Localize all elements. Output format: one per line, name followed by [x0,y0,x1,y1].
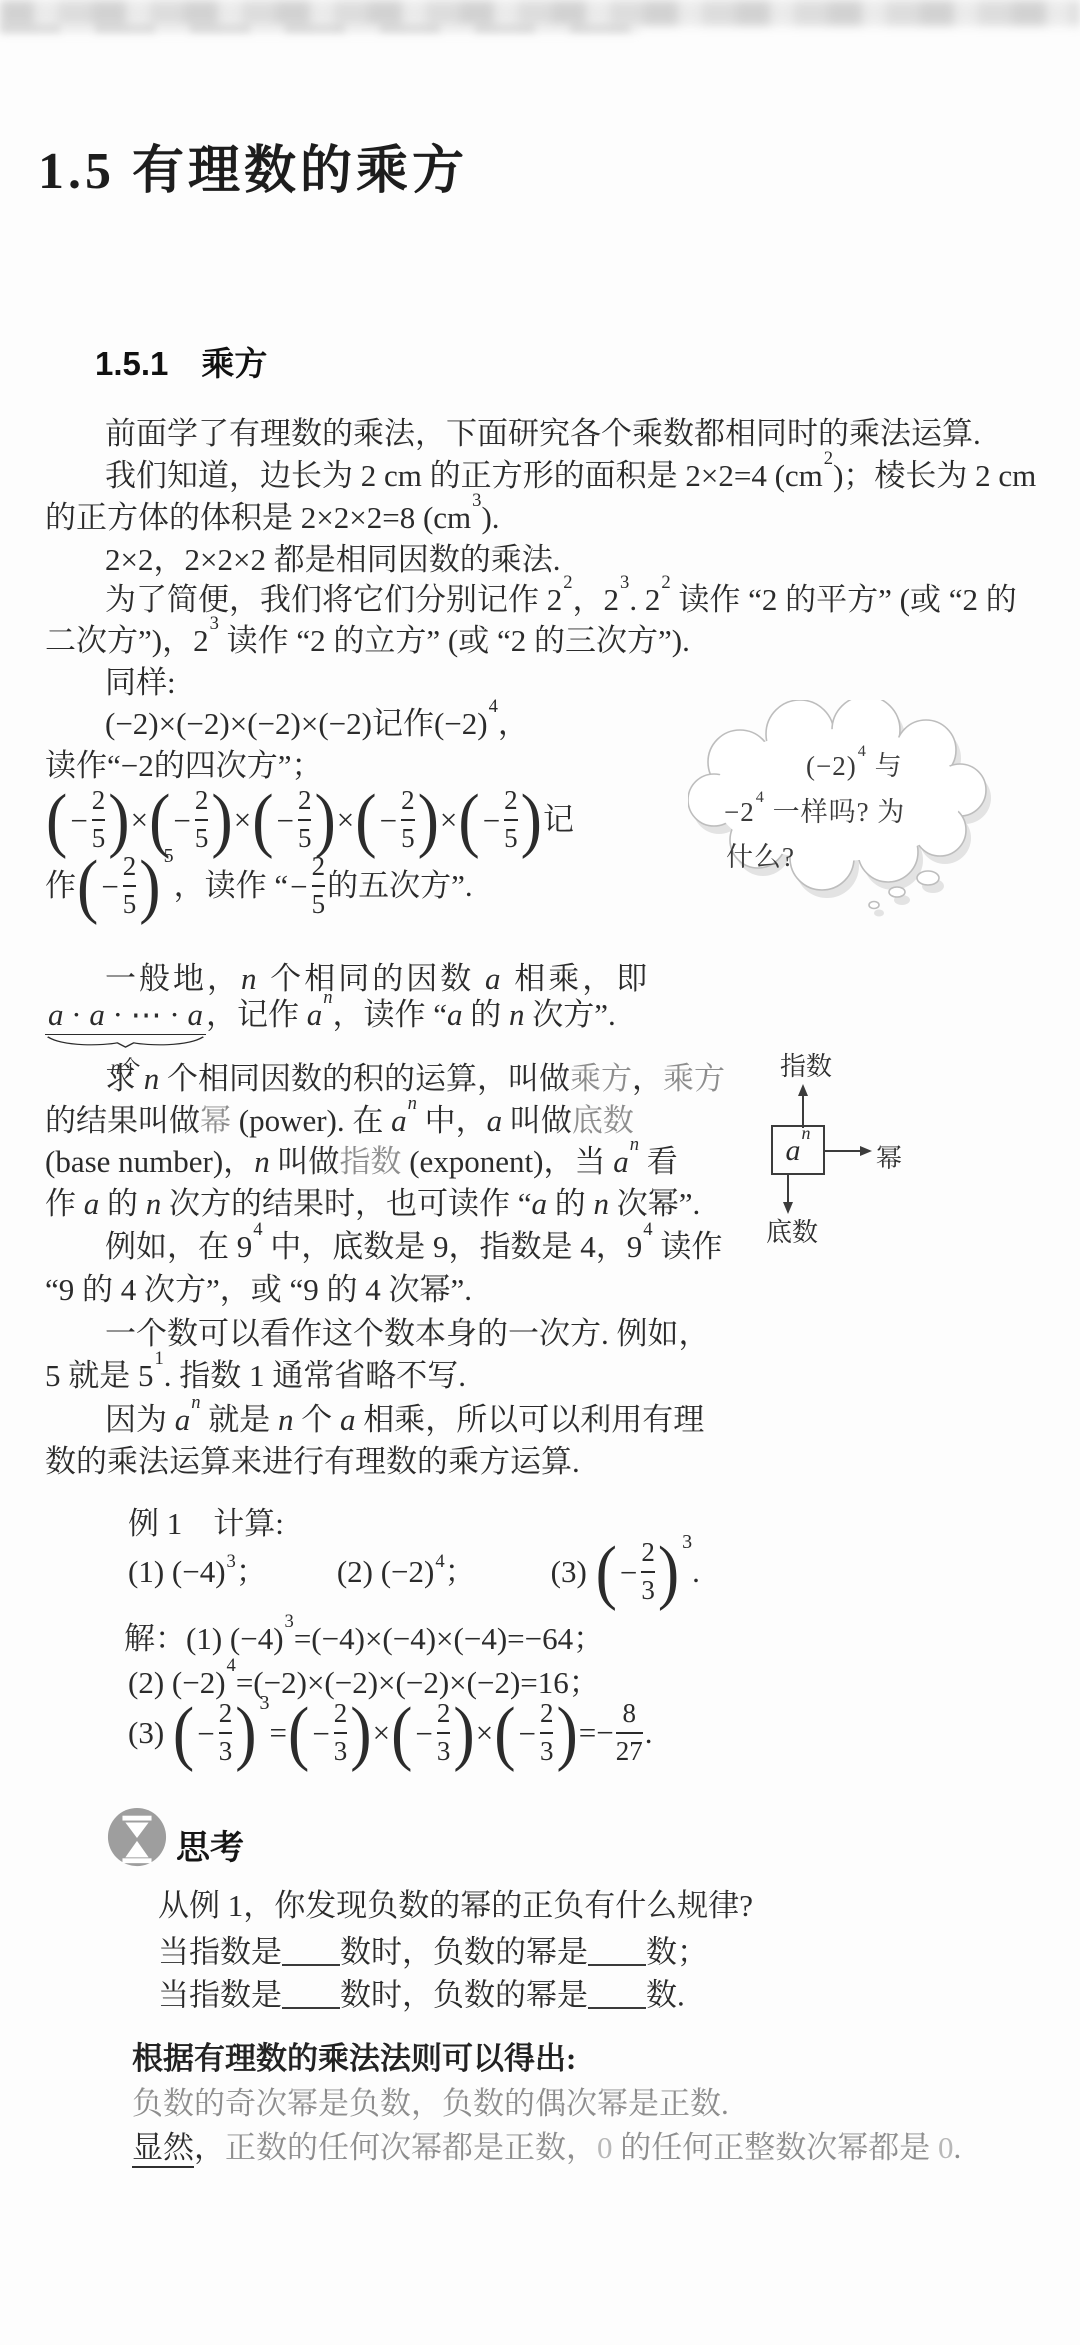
text-run: 求 [105,1061,144,1096]
text-run: 什么? [726,842,795,872]
superscript: 3 [620,572,629,593]
text-run: 解：(1) (−4) [124,1621,284,1656]
text-run: (1) (−4) [128,1552,226,1592]
conclusion-obvious: 显然，正数的任何次幂都是正数，0 的任何正整数次幂都是 0. [132,2128,961,2168]
fraction-exponent: 5 [164,846,174,866]
superscript: 4 [253,1219,262,1240]
bubble-text-line: 什么? [726,835,795,874]
para-underbrace: a · a · ⋯ · an个，记作 an，读作 “a 的 n 次方”. [45,995,616,1035]
para-notation-2: 二次方”)，23 读作 “2 的立方” (或 “2 的三次方”). [45,621,690,661]
superscript: 2 [824,448,833,469]
solution-1: 解：(1) (−4)3=(−4)×(−4)×(−4)=−64； [124,1619,604,1659]
variable: n [241,961,260,996]
text-run: 前面学了有理数的乘法，下面研究各个乘数都相同时的乘法运算. [105,416,981,451]
text-run: 一般地， [105,961,241,996]
text-run: 的结果叫做 [45,1103,200,1138]
fraction-exponent: 3 [682,1532,692,1552]
hourglass-icon [106,1806,168,1868]
text-run: × [337,800,354,840]
para-same: 同样: [105,663,176,703]
underbrace-icon [45,1036,206,1048]
text-run: 数的乘法运算来进行有理数的乘方运算. [45,1444,580,1479]
para-square-2: 的正方体的体积是 2×2×2=8 (cm3). [45,498,500,538]
blank-underline [282,1931,340,1966]
text-run: 数. [646,1978,685,2013]
fraction: (−23) [287,1699,373,1766]
superscript: n [630,1134,639,1155]
superscript: 3 [285,1611,294,1632]
variable: a [487,1103,503,1138]
superscript: n [408,1093,417,1114]
variable: n [254,1144,270,1179]
text-run: (2) (−2) [337,1552,435,1592]
text-run: 中，底数是 9，指数是 4，9 [263,1229,643,1264]
key-term: 幂 [200,1103,231,1138]
think-question: 从例 1，你发现负数的幂的正负有什么规律? [158,1886,753,1926]
text-run: · [64,997,90,1032]
variable: a [447,997,463,1032]
variable: a [48,997,64,1032]
dim-text: 0 [938,2130,954,2165]
text-run: · ⋯ · [105,997,188,1032]
text-run: (exponent)，当 [401,1144,613,1179]
text-run: 中， [417,1103,487,1138]
text-run: . [645,1713,653,1753]
text-run: 相乘，即 [504,961,651,996]
text-run: −2 [724,797,755,827]
text-run: 的 [99,1186,146,1221]
text-run: 个相同因数的积的运算，叫做 [159,1061,570,1096]
text-run: ， [498,706,529,741]
superscript: 4 [858,742,867,760]
text-run: 读作 “2 的平方” (或 “2 的 [671,582,1017,617]
emphasized-text: 显然 [132,2130,194,2168]
para-general: 一般地，n 个相同的因数 a 相乘，即 [105,959,650,999]
example1-items: (1) (−4)3；(2) (−2)4；(3) (−23)3. [128,1528,700,1616]
variable: a [391,1103,407,1138]
fraction: (−23) [390,1699,476,1766]
key-term: 乘方 [663,1061,725,1096]
superscript: 1 [155,1348,164,1369]
text-run: 同样: [105,665,176,700]
text-run: ，读作 “ [174,866,289,906]
textbook-page: 1.5 有理数的乘方 1.5.1 乘方 前面学了有理数的乘法，下面研究各个乘数都… [0,0,1080,2345]
variable: a [613,1144,629,1179]
variable: a [175,1402,191,1437]
text-run: 读作 “2 的立方” (或 “2 的三次方”). [219,623,690,658]
text-run: 就是 [201,1402,279,1437]
text-run: . [692,1552,700,1592]
superscript: 2 [661,572,670,593]
key-term: 乘方 [570,1061,632,1096]
key-term: 底数 [572,1103,634,1138]
superscript: 4 [227,1655,236,1676]
fraction: −25 [288,852,327,919]
text-run: 数时，负数的幂是 [340,1935,588,1970]
conclusion-lead: 根据有理数的乘法法则可以得出: [132,2039,576,2079]
fraction: (−23)3 [595,1538,693,1605]
text-run: 当指数是 [158,1978,282,2013]
text-run: 叫做 [502,1103,572,1138]
a-power-n: an [776,1134,820,1168]
text-run: 个相同的因数 [260,961,486,996]
text-run: × [373,1713,390,1753]
text-run: 根据有理数的乘法法则可以得出: [132,2041,576,2076]
text-run: = [270,1713,287,1753]
text-run: × [440,800,457,840]
text-run: 因为 [105,1402,175,1437]
variable: a [340,1402,356,1437]
key-term: . [954,2130,962,2165]
eq-neg2-line1: (−2)×(−2)×(−2)×(−2)记作(−2)4， [105,704,529,744]
para-example9-1: 例如，在 94 中，底数是 9，指数是 4，94 读作 [105,1227,722,1267]
text-run: 为了简便，我们将它们分别记作 2 [105,582,562,617]
superscript: 2 [563,572,572,593]
text-run: (3) [551,1552,595,1592]
text-run: 一样吗? 为 [765,797,905,827]
text-run: ，2 [573,582,620,617]
key-term: 指数 [339,1144,401,1179]
text-run: ，记作 [206,997,307,1032]
para-first-power-1: 一个数可以看作这个数本身的一次方. 例如， [105,1314,710,1354]
blank-underline [282,1974,340,2009]
text-run: 相乘，所以可以利用有理 [356,1402,705,1437]
fraction: (−25)5 [76,852,174,919]
key-term: 的任何正整数次幂都是 [613,2130,939,2165]
variable: a [84,1186,100,1221]
bubble-text-line: (−2)4 与 [806,744,903,783]
text-run: 例如，在 9 [105,1229,252,1264]
fraction: (−23)3 [172,1699,270,1766]
underbrace-group: a · a · ⋯ · an个 [45,995,206,1035]
text-run: (base number)， [45,1144,254,1179]
text-run: 次方”. [525,997,616,1032]
variable: a [786,1134,801,1167]
blank-underline [588,1931,646,1966]
para-def-3: (base number)，n 叫做指数 (exponent)，当 an 看 [45,1142,678,1182]
text-run: 数时，负数的幂是 [340,1978,588,2013]
text-run: 5 就是 5 [45,1358,154,1393]
text-run: (power). 在 [231,1103,391,1138]
text-run: 叫做 [270,1144,340,1179]
superscript: 4 [489,696,498,717]
text-run: 次幂”. [609,1186,700,1221]
scan-bleed-artifact-2 [0,24,640,34]
text-run: (−2)×(−2)×(−2)×(−2)记作(−2) [105,706,488,741]
key-term: 正数的任何次幂都是正数， [225,2130,597,2165]
variable: n [146,1186,162,1221]
think-blank-2: 当指数是数时，负数的幂是数. [158,1971,685,2016]
superscript: 4 [756,788,765,806]
chapter-title: 1.5 有理数的乘方 [38,128,468,203]
text-run: × [234,800,251,840]
exponent-label: 指数 [780,1046,832,1083]
fraction: (−23) [493,1699,579,1766]
text-run: . 2 [629,582,660,617]
text-run: 二次方”)，2 [45,623,209,658]
text-run: ， [194,2130,225,2165]
superscript: n [191,1392,200,1413]
text-run: 的 [547,1186,594,1221]
variable: n [278,1402,294,1437]
variable: n [594,1186,610,1221]
text-run: 记 [543,800,574,840]
text-run: 读作 [653,1229,723,1264]
text-run: 与 [867,751,903,781]
superscript: n [323,987,332,1008]
variable: a [89,997,105,1032]
superscript: 3 [472,490,481,511]
para-because-1: 因为 an 就是 n 个 a 相乘，所以可以利用有理 [105,1400,704,1440]
text-run: 的 [463,997,510,1032]
text-run: . 指数 1 通常省略不写. [164,1358,466,1393]
variable: a [187,997,203,1032]
blank-underline [588,1974,646,2009]
text-run: 的正方体的体积是 2×2×2=8 (cm [45,500,471,535]
base-label: 底数 [766,1212,818,1249]
think-label: 思考 [176,1820,244,1869]
text-run: × [131,800,148,840]
text-run: =− [579,1713,614,1753]
text-run: 作 [45,1186,84,1221]
para-example9-2: “9 的 4 次方”，或 “9 的 4 次幂”. [45,1270,472,1310]
key-term: 负数的奇次幂是负数，负数的偶次幂是正数. [132,2086,729,2121]
variable: n [509,997,525,1032]
conclusion-rule: 负数的奇次幂是负数，负数的偶次幂是正数. [132,2084,729,2124]
para-because-2: 数的乘法运算来进行有理数的乘方运算. [45,1442,580,1482]
text-run: 2×2，2×2×2 都是相同因数的乘法. [105,542,560,577]
variable: a [307,997,323,1032]
text-run: 从例 1，你发现负数的幂的正负有什么规律? [158,1888,753,1923]
text-run: “9 的 4 次方”，或 “9 的 4 次幂”. [45,1272,472,1307]
text-run: 作 [45,866,76,906]
text-run: ； [236,1552,267,1592]
variable: n [144,1061,160,1096]
text-run: 个 [294,1402,341,1437]
para-first-power-2: 5 就是 51. 指数 1 通常省略不写. [45,1356,466,1396]
text-run: 数； [646,1935,708,1970]
eq-frac-line2: 作(−25)5，读作 “−25的五次方”. [45,842,473,930]
text-run: (−2) [806,751,857,781]
para-intro: 前面学了有理数的乘法，下面研究各个乘数都相同时的乘法运算. [105,414,981,454]
text-run: 的五次方”. [327,866,473,906]
para-def-4: 作 a 的 n 次方的结果时，也可读作 “a 的 n 次幂”. [45,1184,700,1224]
bubble-text-line: −24 一样吗? 为 [724,790,905,829]
text-run: (3) [128,1713,172,1753]
para-same-factor: 2×2，2×2×2 都是相同因数的乘法. [105,540,560,580]
section-title: 1.5.1 乘方 [95,338,267,385]
text-run: =(−4)×(−4)×(−4)=−64； [294,1621,604,1656]
text-run: ， [632,1061,663,1096]
text-run: )；棱长为 2 cm [833,458,1036,493]
fraction-exponent: 3 [260,1693,270,1713]
power-label: 幂 [876,1138,902,1175]
text-run: 我们知道，边长为 2 cm 的正方形的面积是 2×2=4 (cm [105,458,823,493]
superscript: 3 [210,613,219,634]
scan-bleed-artifact [0,0,1080,26]
text-run: 看 [639,1144,678,1179]
dim-text: 0 [597,2130,613,2165]
think-blank-1: 当指数是数时，负数的幂是数； [158,1928,708,1973]
text-run: ； [445,1552,476,1592]
para-def-2: 的结果叫做幂 (power). 在 an 中，a 叫做底数 [45,1101,634,1141]
text-run: × [476,1713,493,1753]
text-run: ). [481,500,499,535]
text-run: 一个数可以看作这个数本身的一次方. 例如， [105,1316,710,1351]
variable: a [532,1186,548,1221]
para-square-1: 我们知道，边长为 2 cm 的正方形的面积是 2×2=4 (cm2)；棱长为 2… [105,456,1036,496]
text-run: 当指数是 [158,1935,282,1970]
superscript: n [802,1123,811,1143]
superscript: 4 [643,1219,652,1240]
text-run: ，读作 “ [333,997,448,1032]
para-notation-1: 为了简便，我们将它们分别记作 22，23. 22 读作 “2 的平方” (或 “… [105,580,1017,620]
text-run: 次方的结果时，也可读作 “ [161,1186,531,1221]
solution-3: (3) (−23)3=(−23)×(−23)×(−23)=−827. [128,1689,653,1777]
variable: a [485,961,504,996]
fraction: 827 [614,1699,645,1766]
